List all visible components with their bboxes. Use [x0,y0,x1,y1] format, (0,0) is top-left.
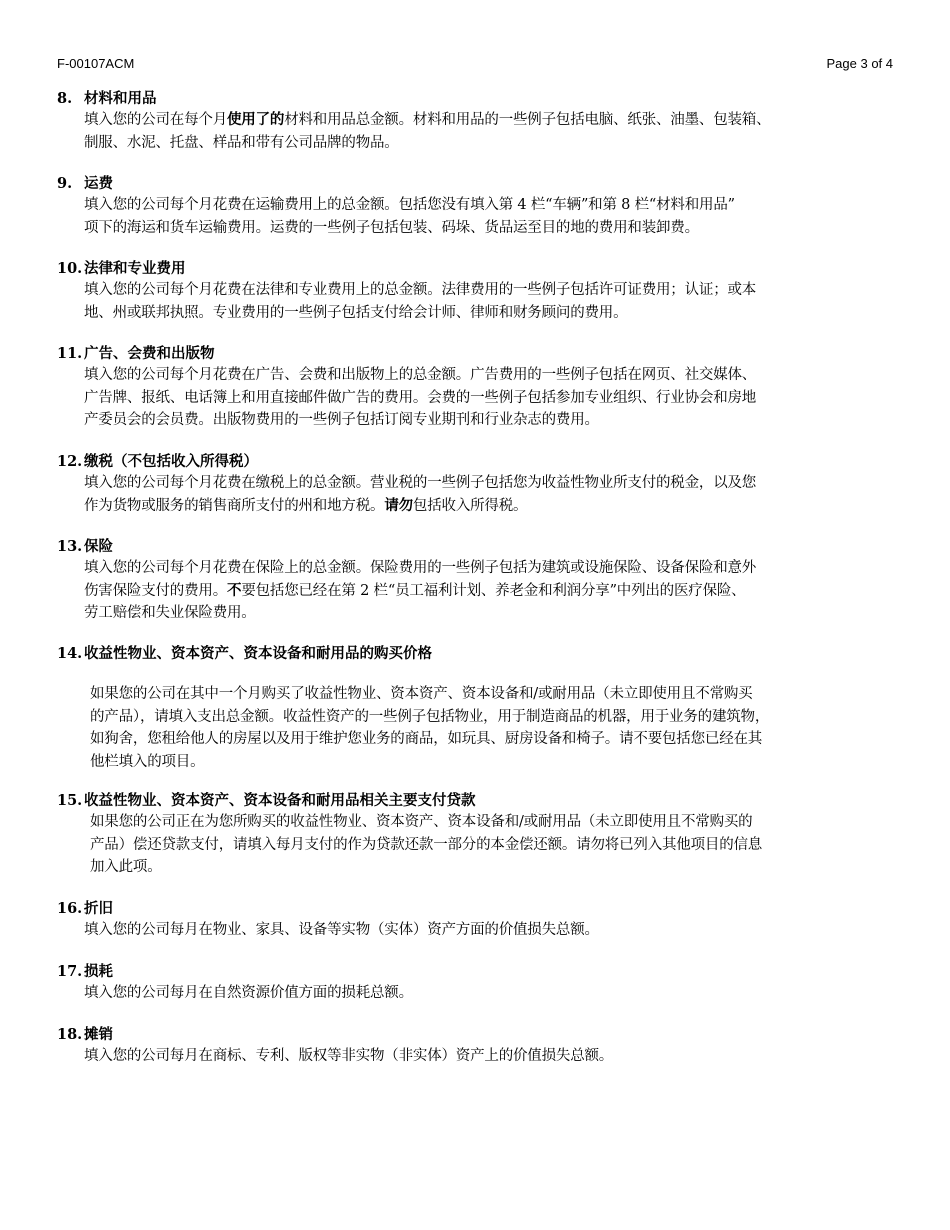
body-line: 填入您的公司每个月花费在运输费用上的总金额。包括您没有填入第 4 栏“车辆”和第… [84,194,917,217]
item-number: 11. [57,344,84,364]
item-title: 缴税（不包括收入所得税） [84,453,258,470]
emphasis-text: 不 [227,582,241,599]
item-number: 14. [57,644,84,664]
body-line: 填入您的公司在每个月使用了的材料和用品总金额。材料和用品的一些例子包括电脑、纸张… [84,109,917,132]
item-title: 广告、会费和出版物 [84,345,215,362]
body-line: 加入此项。 [90,856,917,879]
item-title: 法律和专业费用 [84,260,186,277]
body-line: 填入您的公司每月在商标、专利、版权等非实物（非实体）资产上的价值损失总额。 [84,1045,917,1068]
body-line: 填入您的公司每个月花费在广告、会费和出版物上的总金额。广告费用的一些例子包括在网… [84,364,917,387]
item-title: 损耗 [84,963,113,980]
body-line: 填入您的公司每个月花费在法律和专业费用上的总金额。法律费用的一些例子包括许可证费… [84,279,917,302]
body-line: 产品）偿还贷款支付，请填入每月支付的作为贷款还款一部分的本金偿还额。请勿将已列入… [90,834,917,857]
body-line: 地、州或联邦执照。专业费用的一些例子包括支付给会计师、律师和财务顾问的费用。 [84,302,917,325]
body-line: 填入您的公司每月在自然资源价值方面的损耗总额。 [84,982,917,1005]
body-line: 如果您的公司正在为您所购买的收益性物业、资本资产、资本设备和/或耐用品（未立即使… [90,811,917,834]
body-line: 项下的海运和货车运输费用。运费的一些例子包括包装、码垛、货品运至目的地的费用和装… [84,217,917,240]
body-line: 如狗舍，您租给他人的房屋以及用于维护您业务的商品，如玩具、厨房设备和椅子。请不要… [90,728,917,751]
item-heading: 13.保险 [57,537,917,557]
body-line: 产委员会的会员费。出版物费用的一些例子包括订阅专业期刊和行业杂志的费用。 [84,409,917,432]
body-line: 的产品），请填入支出总金额。收益性资产的一些例子包括物业，用于制造商品的机器，用… [90,706,917,729]
item-heading: 11.广告、会费和出版物 [57,344,917,364]
item-insurance: 13.保险 填入您的公司每个月花费在保险上的总金额。保险费用的一些例子包括为建筑… [57,537,917,625]
item-body: 如果您的公司在其中一个月购买了收益性物业、资本资产、资本设备和/或耐用品（未立即… [57,683,917,773]
item-amortization: 18.摊销 填入您的公司每月在商标、专利、版权等非实物（非实体）资产上的价值损失… [57,1025,917,1068]
item-heading: 8.材料和用品 [57,89,917,109]
item-shipping: 9.运费 填入您的公司每个月花费在运输费用上的总金额。包括您没有填入第 4 栏“… [57,174,917,239]
item-number: 18. [57,1025,84,1045]
body-line: 作为货物或服务的销售商所支付的州和地方税。请勿包括收入所得税。 [84,495,917,518]
form-id: F-00107ACM [57,56,134,72]
body-line: 填入您的公司每月在物业、家具、设备等实物（实体）资产方面的价值损失总额。 [84,919,917,942]
item-body: 填入您的公司每月在自然资源价值方面的损耗总额。 [57,982,917,1005]
item-body: 填入您的公司每个月花费在缴税上的总金额。营业税的一些例子包括您为收益性物业所支付… [57,472,917,517]
item-heading: 17.损耗 [57,962,917,982]
item-loan-payments: 15.收益性物业、资本资产、资本设备和耐用品相关主要支付贷款 如果您的公司正在为… [57,791,917,879]
item-heading: 9.运费 [57,174,917,194]
emphasis-text: 请勿 [384,497,413,514]
item-title: 收益性物业、资本资产、资本设备和耐用品相关主要支付贷款 [84,792,476,809]
item-heading: 18.摊销 [57,1025,917,1045]
item-number: 15. [57,791,84,811]
item-title: 保险 [84,538,113,555]
item-number: 8. [57,89,84,109]
item-number: 12. [57,452,84,472]
item-heading: 12.缴税（不包括收入所得税） [57,452,917,472]
body-line: 填入您的公司每个月花费在保险上的总金额。保险费用的一些例子包括为建筑或设施保险、… [84,557,917,580]
item-number: 9. [57,174,84,194]
item-advertising-dues: 11.广告、会费和出版物 填入您的公司每个月花费在广告、会费和出版物上的总金额。… [57,344,917,432]
item-body: 填入您的公司每个月花费在保险上的总金额。保险费用的一些例子包括为建筑或设施保险、… [57,557,917,625]
item-body: 如果您的公司正在为您所购买的收益性物业、资本资产、资本设备和/或耐用品（未立即使… [57,811,917,879]
item-number: 13. [57,537,84,557]
item-body: 填入您的公司每个月花费在法律和专业费用上的总金额。法律费用的一些例子包括许可证费… [57,279,917,324]
item-title: 折旧 [84,900,113,917]
item-body: 填入您的公司每个月花费在运输费用上的总金额。包括您没有填入第 4 栏“车辆”和第… [57,194,917,239]
item-title: 收益性物业、资本资产、资本设备和耐用品的购买价格 [84,645,432,662]
item-title: 摊销 [84,1026,113,1043]
item-title: 材料和用品 [84,90,157,107]
item-body: 填入您的公司每个月花费在广告、会费和出版物上的总金额。广告费用的一些例子包括在网… [57,364,917,432]
item-title: 运费 [84,175,113,192]
item-body: 填入您的公司在每个月使用了的材料和用品总金额。材料和用品的一些例子包括电脑、纸张… [57,109,917,154]
item-purchase-price: 14.收益性物业、资本资产、资本设备和耐用品的购买价格 如果您的公司在其中一个月… [57,644,917,773]
item-legal-professional: 10.法律和专业费用 填入您的公司每个月花费在法律和专业费用上的总金额。法律费用… [57,259,917,324]
item-heading: 10.法律和专业费用 [57,259,917,279]
item-materials-supplies: 8.材料和用品 填入您的公司在每个月使用了的材料和用品总金额。材料和用品的一些例… [57,89,917,154]
body-line: 伤害保险支付的费用。不要包括您已经在第 2 栏“员工福利计划、养老金和利润分享”… [84,580,917,603]
item-taxes: 12.缴税（不包括收入所得税） 填入您的公司每个月花费在缴税上的总金额。营业税的… [57,452,917,517]
item-body: 填入您的公司每月在商标、专利、版权等非实物（非实体）资产上的价值损失总额。 [57,1045,917,1068]
body-line: 劳工赔偿和失业保险费用。 [84,602,917,625]
item-heading: 14.收益性物业、资本资产、资本设备和耐用品的购买价格 [57,644,917,664]
item-number: 17. [57,962,84,982]
body-line: 他栏填入的项目。 [90,751,917,774]
page-number: Page 3 of 4 [827,56,894,72]
body-line: 广告牌、报纸、电话簿上和用直接邮件做广告的费用。会费的一些例子包括参加专业组织、… [84,387,917,410]
item-body: 填入您的公司每月在物业、家具、设备等实物（实体）资产方面的价值损失总额。 [57,919,917,942]
item-depreciation: 16.折旧 填入您的公司每月在物业、家具、设备等实物（实体）资产方面的价值损失总… [57,899,917,942]
item-number: 10. [57,259,84,279]
item-depletion: 17.损耗 填入您的公司每月在自然资源价值方面的损耗总额。 [57,962,917,1005]
body-line: 如果您的公司在其中一个月购买了收益性物业、资本资产、资本设备和/或耐用品（未立即… [90,683,917,706]
item-number: 16. [57,899,84,919]
body-line: 填入您的公司每个月花费在缴税上的总金额。营业税的一些例子包括您为收益性物业所支付… [84,472,917,495]
body-line: 制服、水泥、托盘、样品和带有公司品牌的物品。 [84,132,917,155]
emphasis-text: 使用了的 [227,111,284,128]
item-heading: 16.折旧 [57,899,917,919]
item-heading: 15.收益性物业、资本资产、资本设备和耐用品相关主要支付贷款 [57,791,917,811]
